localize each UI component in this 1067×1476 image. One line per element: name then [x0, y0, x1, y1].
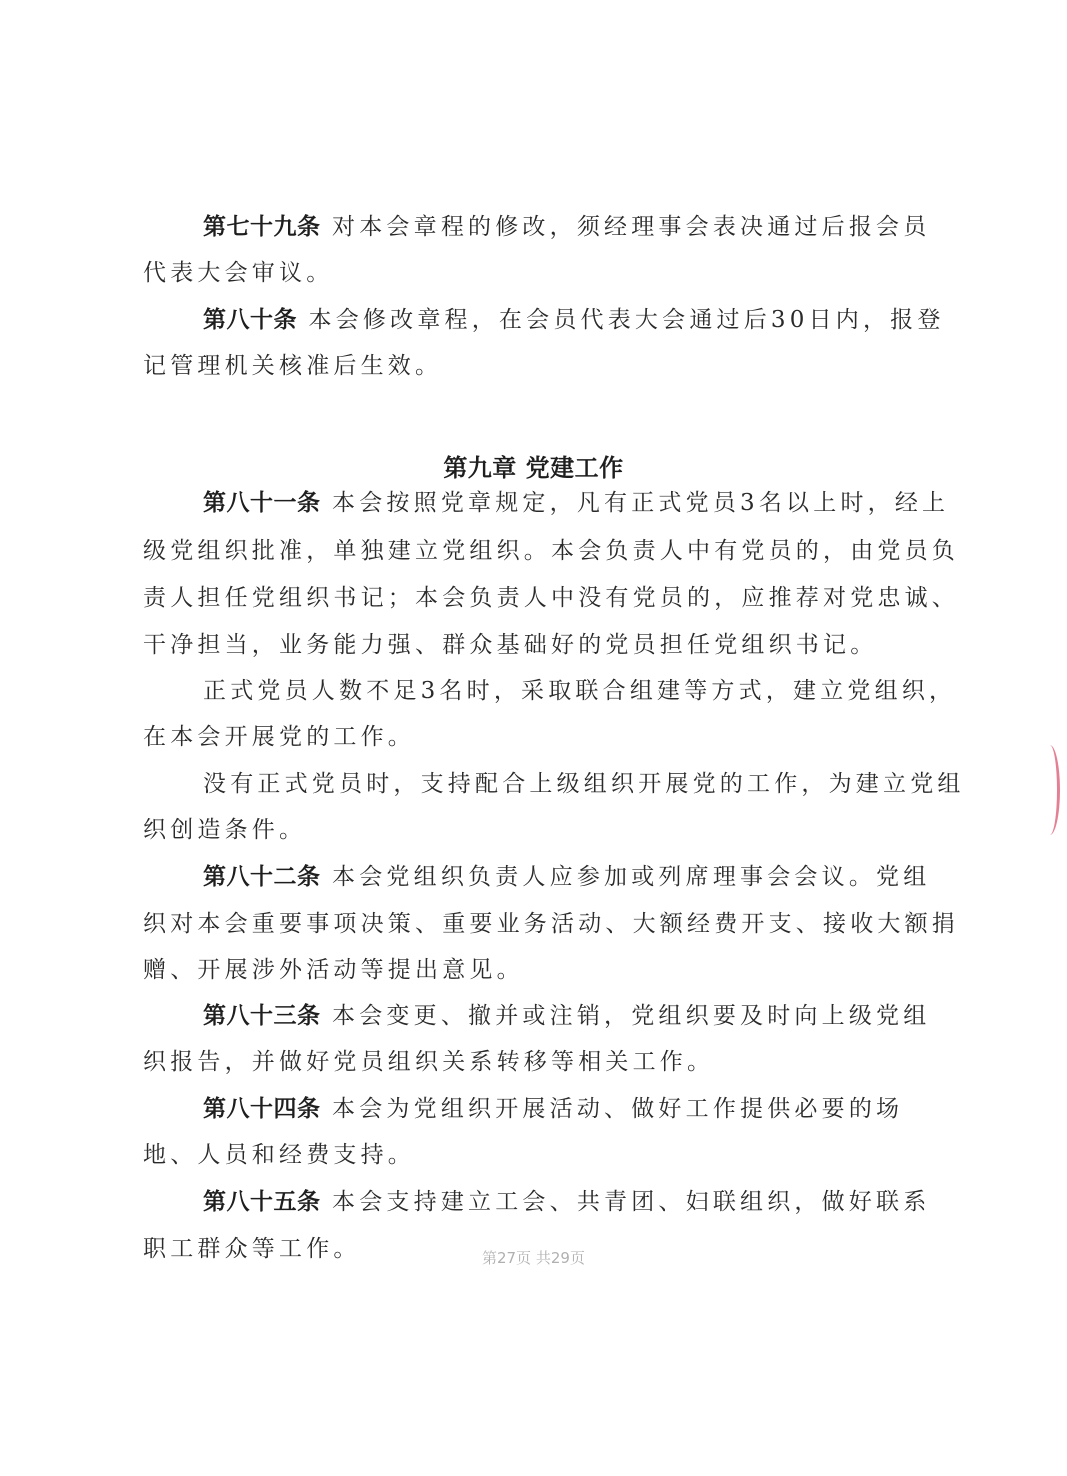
- article-83-line-1: 第八十三条 本会变更、撤并或注销，党组织要及时向上级党组: [203, 1002, 930, 1030]
- article-79-line-2: 代表大会审议。: [143, 259, 333, 287]
- para-81b-line-1: 正式党员人数不足3名时，采取联合组建等方式，建立党组织，: [203, 677, 956, 705]
- article-80-label: 第八十条: [203, 307, 297, 333]
- article-84-label: 第八十四条: [203, 1096, 321, 1122]
- para-81b-line-2: 在本会开展党的工作。: [143, 723, 415, 751]
- article-84-line-2: 地、人员和经费支持。: [143, 1141, 415, 1169]
- article-79-label: 第七十九条: [203, 214, 321, 240]
- article-80-line-1: 第八十条 本会修改章程，在会员代表大会通过后30日内，报登: [203, 306, 945, 334]
- document-page: 第七十九条 对本会章程的修改，须经理事会表决通过后报会员 代表大会审议。 第八十…: [0, 0, 1067, 1476]
- article-82-line-2: 织对本会重要事项决策、重要业务活动、大额经费开支、接收大额捐: [143, 910, 959, 938]
- article-80-line-2: 记管理机关核准后生效。: [143, 352, 442, 380]
- article-81-label: 第八十一条: [203, 490, 321, 516]
- para-81c-line-1: 没有正式党员时，支持配合上级组织开展党的工作，为建立党组: [203, 770, 965, 798]
- article-80-text: 本会修改章程，在会员代表大会通过后30日内，报登: [309, 307, 945, 333]
- chapter-heading: 第九章 党建工作: [0, 448, 1067, 483]
- article-81-line-4: 干净担当，业务能力强、群众基础好的党员担任党组织书记。: [143, 631, 877, 659]
- article-85-line-1: 第八十五条 本会支持建立工会、共青团、妇联组织，做好联系: [203, 1188, 930, 1216]
- article-84-text: 本会为党组织开展活动、做好工作提供必要的场: [332, 1096, 903, 1122]
- article-83-line-2: 织报告，并做好党员组织关系转移等相关工作。: [143, 1048, 714, 1076]
- article-83-text: 本会变更、撤并或注销，党组织要及时向上级党组: [332, 1003, 930, 1029]
- article-81-line-2: 级党组织批准，单独建立党组织。本会负责人中有党员的，由党员负: [143, 537, 959, 565]
- article-81-text: 本会按照党章规定，凡有正式党员3名以上时，经上: [332, 490, 949, 516]
- article-82-text: 本会党组织负责人应参加或列席理事会会议。党组: [332, 864, 930, 890]
- article-85-text: 本会支持建立工会、共青团、妇联组织，做好联系: [332, 1189, 930, 1215]
- article-79-line-1: 第七十九条 对本会章程的修改，须经理事会表决通过后报会员: [203, 213, 930, 241]
- article-82-line-3: 赠、开展涉外活动等提出意见。: [143, 956, 524, 984]
- article-82-label: 第八十二条: [203, 864, 321, 890]
- article-82-line-1: 第八十二条 本会党组织负责人应参加或列席理事会会议。党组: [203, 863, 930, 891]
- article-79-text: 对本会章程的修改，须经理事会表决通过后报会员: [332, 214, 930, 240]
- page-footer: 第27页 共29页: [0, 1247, 1067, 1268]
- article-81-line-1: 第八十一条 本会按照党章规定，凡有正式党员3名以上时，经上: [203, 489, 949, 517]
- seal-stamp-edge-icon: [1043, 745, 1060, 835]
- article-84-line-1: 第八十四条 本会为党组织开展活动、做好工作提供必要的场: [203, 1095, 903, 1123]
- article-81-line-3: 责人担任党组织书记；本会负责人中没有党员的，应推荐对党忠诚、: [143, 584, 959, 612]
- article-83-label: 第八十三条: [203, 1003, 321, 1029]
- para-81c-line-2: 织创造条件。: [143, 816, 306, 844]
- article-85-label: 第八十五条: [203, 1189, 321, 1215]
